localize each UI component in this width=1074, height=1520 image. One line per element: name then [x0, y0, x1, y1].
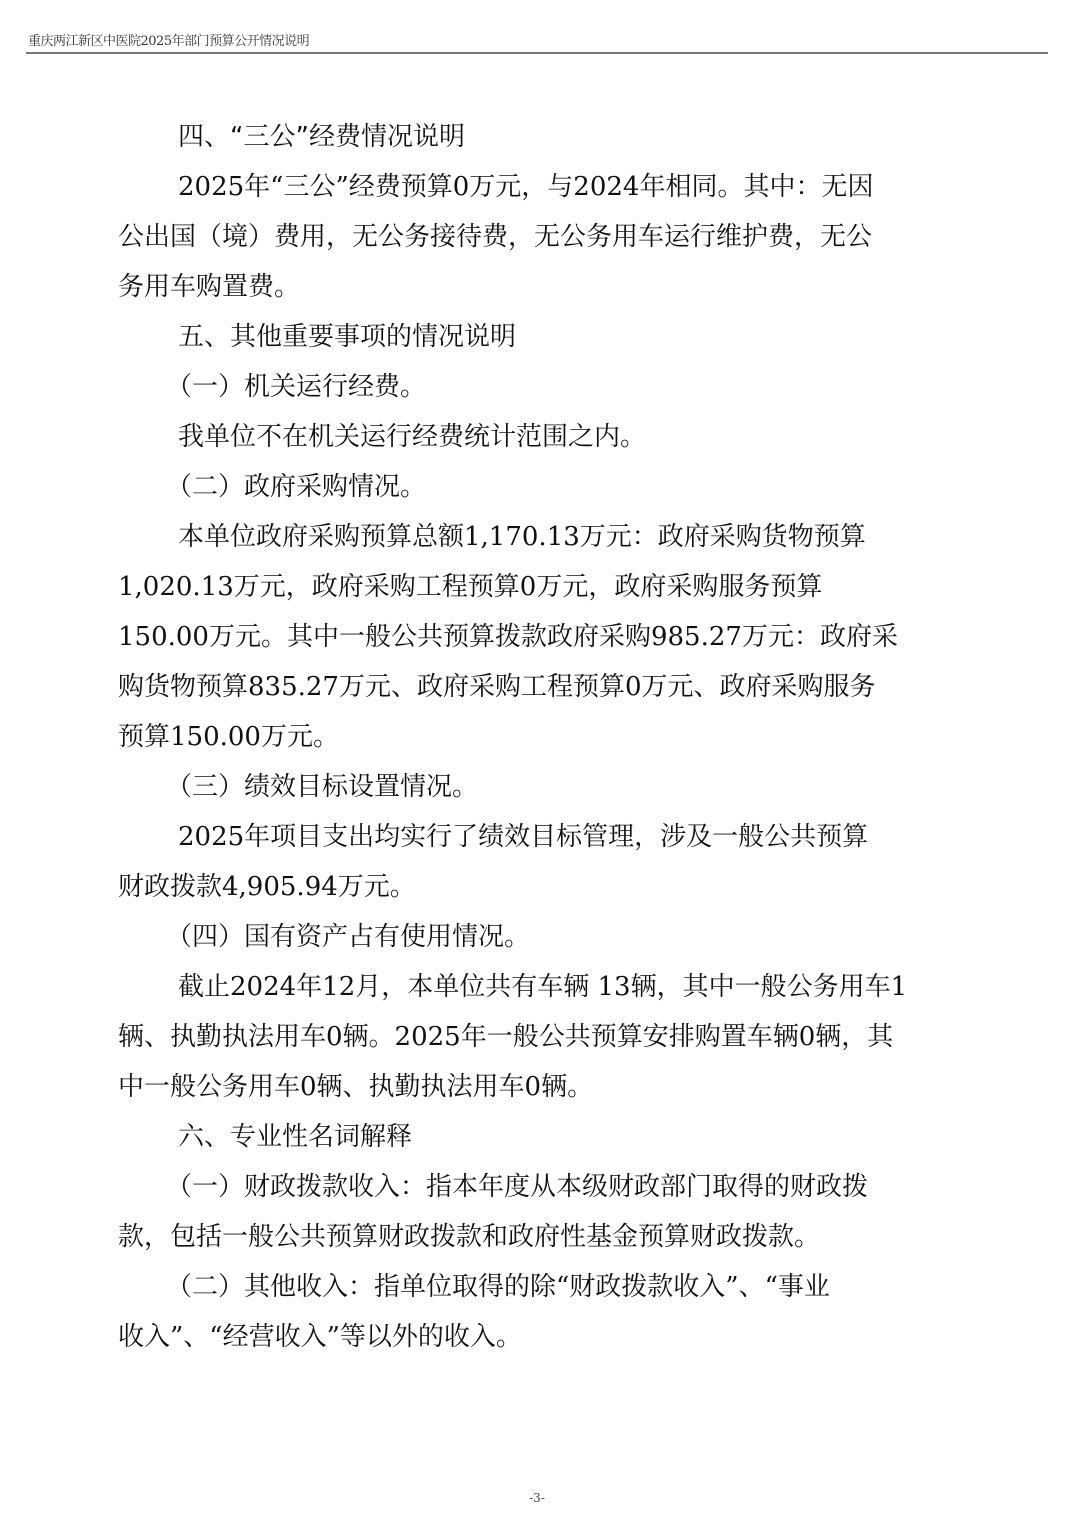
paragraph-line: 中一般公务用车0辆、执勤执法用车0辆。	[118, 1062, 593, 1112]
definition-line: （二）其他收入：指单位取得的除“财政拨款收入”、“事业	[166, 1262, 830, 1312]
definition-line: （一）财政拨款收入：指本年度从本级财政部门取得的财政拨	[166, 1162, 868, 1212]
subheading: （四）国有资产占有使用情况。	[166, 912, 530, 962]
paragraph-line: 辆、执勤执法用车0辆。2025年一般公共预算安排购置车辆0辆，其	[118, 1012, 893, 1062]
section-heading-6: 六、专业性名词解释	[178, 1112, 412, 1162]
paragraph-line: 预算150.00万元。	[118, 712, 339, 762]
paragraph-line: 务用车购置费。	[118, 262, 300, 312]
paragraph-line: 2025年“三公”经费预算0万元，与2024年相同。其中：无因	[178, 162, 873, 212]
paragraph-line: 财政拨款4,905.94万元。	[118, 862, 416, 912]
paragraph-line: 我单位不在机关运行经费统计范围之内。	[178, 412, 646, 462]
subheading: （二）政府采购情况。	[166, 462, 426, 512]
subheading: （三）绩效目标设置情况。	[166, 762, 478, 812]
header-divider	[26, 52, 1048, 54]
definition-line: 款，包括一般公共预算财政拨款和政府性基金预算财政拨款。	[118, 1212, 820, 1262]
paragraph-line: 本单位政府采购预算总额1,170.13万元：政府采购货物预算	[178, 512, 866, 562]
definition-line: 收入”、“经营收入”等以外的收入。	[118, 1312, 522, 1362]
section-heading-5: 五、其他重要事项的情况说明	[178, 312, 516, 362]
paragraph-line: 1,020.13万元，政府采购工程预算0万元，政府采购服务预算	[118, 562, 822, 612]
paragraph-line: 截止2024年12月，本单位共有车辆 13辆，其中一般公务用车1	[178, 962, 907, 1012]
section-heading-4: 四、“三公”经费情况说明	[178, 112, 465, 162]
paragraph-line: 公出国（境）费用，无公务接待费，无公务用车运行维护费，无公	[118, 212, 872, 262]
paragraph-line: 150.00万元。其中一般公共预算拨款政府采购985.27万元：政府采	[118, 612, 898, 662]
paragraph-line: 2025年项目支出均实行了绩效目标管理，涉及一般公共预算	[178, 812, 868, 862]
subheading: （一）机关运行经费。	[166, 362, 426, 412]
page-number: -3-	[0, 1491, 1074, 1505]
running-header: 重庆两江新区中医院2025年部门预算公开情况说明	[28, 30, 309, 49]
paragraph-line: 购货物预算835.27万元、政府采购工程预算0万元、政府采购服务	[118, 662, 876, 712]
